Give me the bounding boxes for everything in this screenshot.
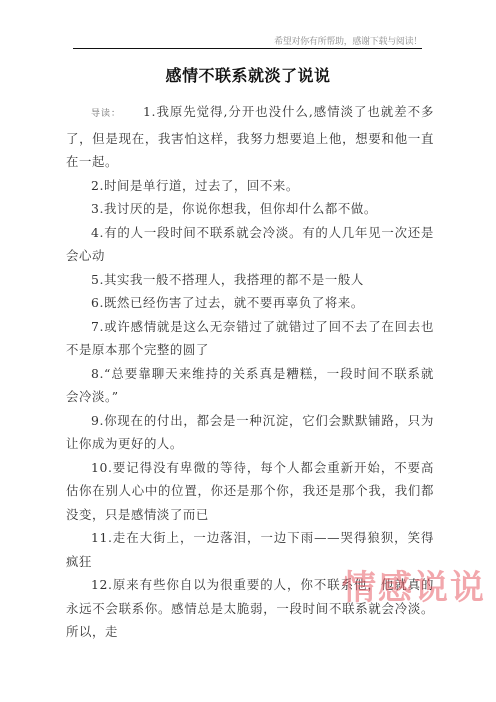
paragraph-5: 5.其实我一般不搭理人，我搭理的都不是一般人	[66, 268, 434, 292]
document-body: 导读：1.我原先觉得,分开也没什么,感情淡了也就差不多了，但是现在，我害怕这样，…	[66, 100, 434, 644]
paragraph-12: 12.原来有些你自以为很重要的人，你不联系他，他就真的永远不会联系你。感情总是太…	[66, 573, 434, 644]
page-title: 感情不联系就淡了说说	[0, 63, 496, 86]
paragraph-4: 4.有的人一段时间不联系就会冷淡。有的人几年见一次还是会心动	[66, 221, 434, 268]
paragraph-10: 10.要记得没有卑微的等待，每个人都会重新开始，不要高估你在别人心中的位置，你还…	[66, 456, 434, 527]
paragraph-text: 1.我原先觉得,分开也没什么,感情淡了也就差不多了，但是现在，我害怕这样，我努力…	[66, 104, 434, 169]
lead-label: 导读：	[91, 109, 121, 119]
paragraph-7: 7.或许感情就是这么无奈错过了就错过了回不去了在回去也不是原本那个完整的圆了	[66, 315, 434, 362]
paragraph-1: 导读：1.我原先觉得,分开也没什么,感情淡了也就差不多了，但是现在，我害怕这样，…	[66, 100, 434, 174]
header-rule	[73, 48, 422, 49]
header-note: 希望对你有所帮助，感谢下载与阅读！	[274, 34, 422, 47]
paragraph-3: 3.我讨厌的是，你说你想我，但你却什么都不做。	[66, 197, 434, 221]
paragraph-6: 6.既然已经伤害了过去，就不要再辜负了将来。	[66, 291, 434, 315]
paragraph-9: 9.你现在的付出，都会是一种沉淀，它们会默默铺路，只为让你成为更好的人。	[66, 409, 434, 456]
paragraph-11: 11.走在大街上，一边落泪，一边下雨——哭得狼狈，笑得疯狂	[66, 526, 434, 573]
paragraph-8: 8.“总要靠聊天来维持的关系真是糟糕，一段时间不联系就会冷淡。”	[66, 362, 434, 409]
paragraph-2: 2.时间是单行道，过去了，回不来。	[66, 174, 434, 198]
